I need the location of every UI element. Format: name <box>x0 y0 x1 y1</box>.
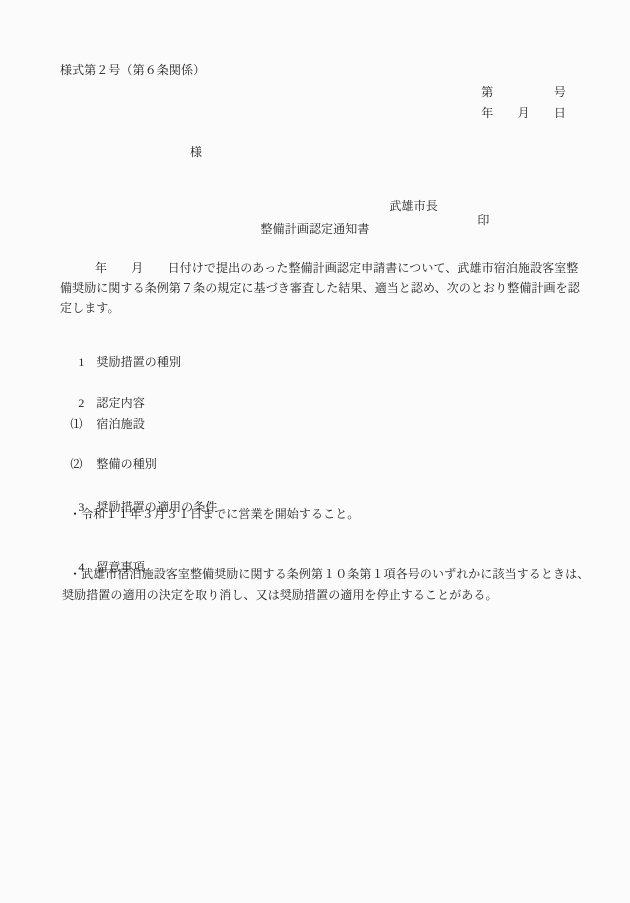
document-number-line: 第 号 <box>481 85 566 99</box>
section-4-bullet-line-2: 奨励措置の適用の決定を取り消し、又は奨励措置の適用を停止することがある。 <box>62 588 498 602</box>
date-line: 年 月 日 <box>481 106 566 120</box>
recipient-honorific: 様 <box>190 145 202 159</box>
section-4-bullet-line-1: ・武雄市宿泊施設客室整備奨励に関する条例第１０条第１項各号のいずれかに該当すると… <box>69 567 589 581</box>
section-1-label: 奨励措置の種別 <box>96 355 181 369</box>
mayor-name: 武雄市長 <box>389 199 437 213</box>
section-2-sub-1-label: 宿泊施設 <box>96 417 144 431</box>
section-2-sub-2: ⑵整備の種別 <box>58 443 157 485</box>
section-1-number: 1 <box>78 355 96 369</box>
section-2-sub-2-number: ⑵ <box>70 457 96 471</box>
document-title: 整備計画認定通知書 <box>0 222 630 236</box>
section-3-bullet: ・令和１１年３月３１日までに営業を開始すること。 <box>69 507 359 521</box>
section-2-sub-1: ⑴宿泊施設 <box>58 403 145 445</box>
form-number: 様式第２号（第６条関係） <box>60 63 205 77</box>
section-1-heading: 1奨励措置の種別 <box>66 341 181 383</box>
body-paragraph-line-2: 備奨励に関する条例第７条の規定に基づき審査した結果、適当と認め、次のとおり整備計… <box>60 281 580 295</box>
section-2-sub-2-label: 整備の種別 <box>96 457 157 471</box>
section-2-sub-1-number: ⑴ <box>70 417 96 431</box>
document-page: 様式第２号（第６条関係） 第 号 年 月 日 様 武雄市長 印 整備計画認定通知… <box>0 0 630 903</box>
body-paragraph-line-1: 年 月 日付けで提出のあった整備計画認定申請書について、武雄市宿泊施設客室整 <box>95 261 578 275</box>
body-paragraph-line-3: 定します。 <box>60 301 120 315</box>
